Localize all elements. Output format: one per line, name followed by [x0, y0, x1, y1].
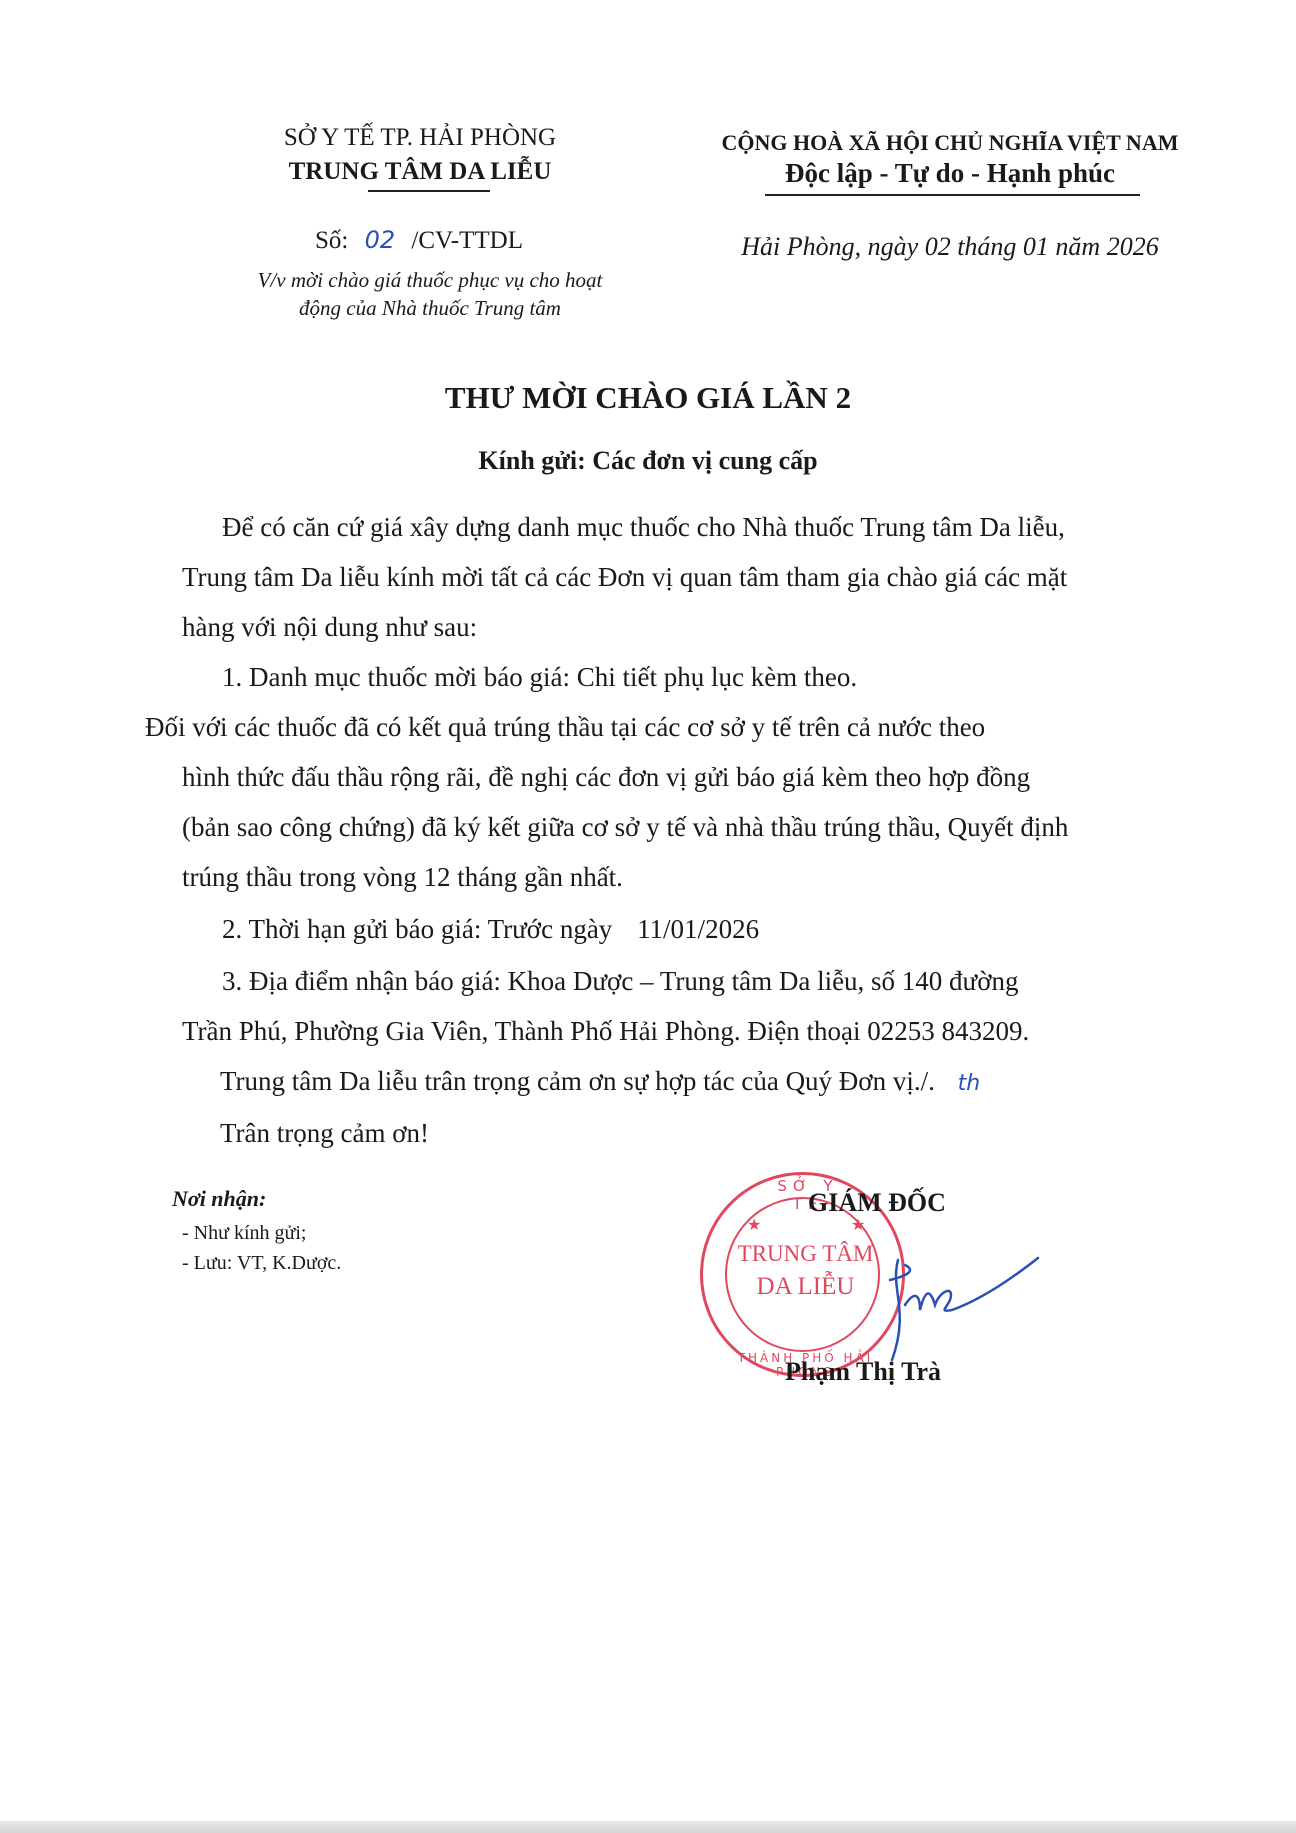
organization-name: TRUNG TÂM DA LIỄU: [220, 158, 620, 186]
intro-line-2: Trung tâm Da liễu kính mời tất cả các Đơ…: [182, 552, 1067, 602]
document-number: Số: 02 /CV-TTDL: [315, 226, 523, 255]
item-2-label: 2. Thời hạn gửi báo giá: Trước ngày: [222, 914, 612, 944]
signatory-title: GIÁM ĐỐC: [808, 1188, 946, 1218]
intro-line-3: hàng với nội dung như sau:: [182, 602, 477, 652]
thanks-line: Trung tâm Da liễu trân trọng cảm ơn sự h…: [220, 1056, 980, 1109]
closing: Trân trọng cảm ơn!: [220, 1108, 429, 1158]
country-name: CỘNG HOÀ XÃ HỘI CHỦ NGHĨA VIỆT NAM: [690, 130, 1210, 156]
item-3-line-2: Trần Phú, Phường Gia Viên, Thành Phố Hải…: [182, 1006, 1029, 1056]
signatory-name: Phạm Thị Trà: [785, 1357, 941, 1387]
seal-center-line-2: DA LIỄU: [703, 1273, 908, 1301]
national-motto: Độc lập - Tự do - Hạnh phúc: [690, 158, 1210, 189]
ministry-name: SỞ Y TẾ TP. HẢI PHÒNG: [220, 124, 620, 152]
note-line-3: (bản sao công chứng) đã ký kết giữa cơ s…: [182, 802, 1068, 852]
subject-line-1: V/v mời chào giá thuốc phục vụ cho hoạt: [210, 268, 650, 293]
note-line-1: Đối với các thuốc đã có kết quả trúng th…: [145, 702, 985, 752]
letter-title: THƯ MỜI CHÀO GIÁ LẦN 2: [0, 380, 1296, 416]
place-date: Hải Phòng, ngày 02 tháng 01 năm 2026: [690, 232, 1210, 262]
handwritten-initials: th: [958, 1071, 981, 1096]
subject-line-2: động của Nhà thuốc Trung tâm: [210, 296, 650, 321]
doc-number-prefix: Số:: [315, 227, 348, 254]
doc-number-suffix: /CV-TTDL: [411, 227, 523, 254]
recipient-item: - Như kính gửi;: [182, 1222, 306, 1245]
salutation: Kính gửi: Các đơn vị cung cấp: [0, 446, 1296, 476]
motto-underline: [765, 194, 1140, 196]
page-bottom-edge: [0, 1821, 1296, 1833]
intro-line-1: Để có căn cứ giá xây dựng danh mục thuốc…: [222, 502, 1065, 552]
thanks-text: Trung tâm Da liễu trân trọng cảm ơn sự h…: [220, 1066, 935, 1096]
signature-stroke-icon: [880, 1250, 1040, 1370]
recipients-label: Nơi nhận:: [172, 1186, 266, 1212]
org-underline: [368, 190, 490, 192]
note-line-4: trúng thầu trong vòng 12 tháng gần nhất.: [182, 852, 623, 902]
item-1: 1. Danh mục thuốc mời báo giá: Chi tiết …: [222, 652, 857, 702]
deadline-date: 11/01/2026: [637, 914, 759, 944]
seal-star-icon: ★: [747, 1215, 761, 1234]
item-3-line-1: 3. Địa điểm nhận báo giá: Khoa Dược – Tr…: [222, 956, 1018, 1006]
seal-center-line-1: TRUNG TÂM: [703, 1241, 908, 1267]
recipient-item: - Lưu: VT, K.Dược.: [182, 1252, 341, 1275]
note-line-2: hình thức đấu thầu rộng rãi, đề nghị các…: [182, 752, 1030, 802]
doc-number-handwritten: 02: [365, 226, 396, 254]
item-2: 2. Thời hạn gửi báo giá: Trước ngày 11/0…: [222, 904, 759, 954]
